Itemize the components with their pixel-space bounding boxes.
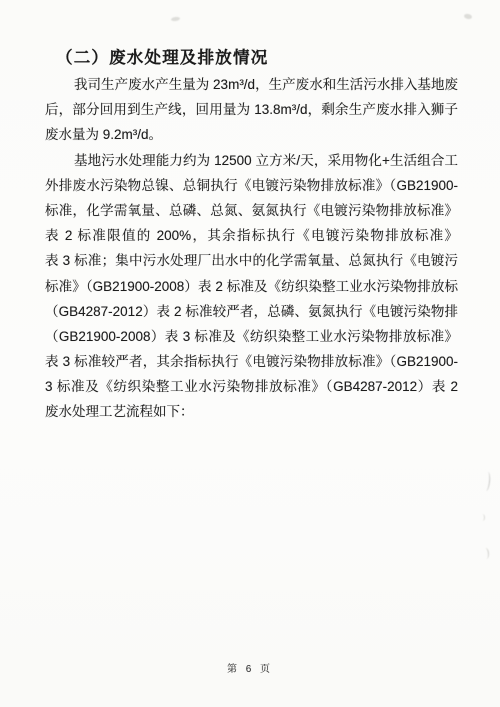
text-line: 表 2 标准限值的 200%，其余指标执行《电镀污染物排放标准》（GB21900… <box>45 223 458 248</box>
text-line: 表 3 标准；集中污水处理厂出水中的化学需氧量、总氮执行《电镀污染物排放 <box>45 248 458 273</box>
text-line: 我司生产废水产生量为 23m³/d，生产废水和生活污水排入基地废水站处理 <box>45 72 458 97</box>
scan-smudge <box>483 472 491 492</box>
page-number: 第 6 页 <box>0 660 500 675</box>
text-line: 后，部分回用到生产线，回用量为 13.8m³/d，剩余生产废水排入狮子洋，外排 <box>45 97 458 122</box>
scanned-page: （二）废水处理及排放情况 我司生产废水产生量为 23m³/d，生产废水和生活污水… <box>0 0 500 707</box>
section-heading: （二）废水处理及排放情况 <box>56 44 268 68</box>
text-line: 外排废水污染物总镍、总铜执行《电镀污染物排放标准》（GB21900-2008）表… <box>45 173 458 198</box>
scan-smudge <box>480 514 485 521</box>
text-line: 3 标准及《纺织染整工业水污染物排放标准》（GB4287-2012）表 2 标准… <box>45 374 458 399</box>
text-line: 废水量为 9.2m³/d。 <box>45 122 458 147</box>
text-line: 标准》（GB21900-2008）表 2 标准及《纺织染整工业水污染物排放标准》 <box>45 274 458 299</box>
text-line: 表 3 标准较严者，其余指标执行《电镀污染物排放标准》（GB21900-2008… <box>45 349 458 374</box>
text-line: 标准，化学需氧量、总磷、总氮、氨氮执行《电镀污染物排放标准》（GB21900-2… <box>45 198 458 223</box>
text-line: 基地污水处理能力约为 12500 立方米/天，采用物化+生活组合工艺处理。 <box>45 148 458 173</box>
text-line: 废水处理工艺流程如下： <box>45 399 458 424</box>
text-line: （GB4287-2012）表 2 标准较严者，总磷、氨氮执行《电镀污染物排放标准… <box>45 299 458 324</box>
text-line: （GB21900-2008）表 3 标准及《纺织染整工业水污染物排放标准》（GB… <box>45 324 458 349</box>
body-text: 我司生产废水产生量为 23m³/d，生产废水和生活污水排入基地废水站处理后，部分… <box>45 72 458 425</box>
scan-speck <box>464 13 473 20</box>
scan-speck <box>171 16 180 21</box>
scan-smudge <box>482 548 490 560</box>
